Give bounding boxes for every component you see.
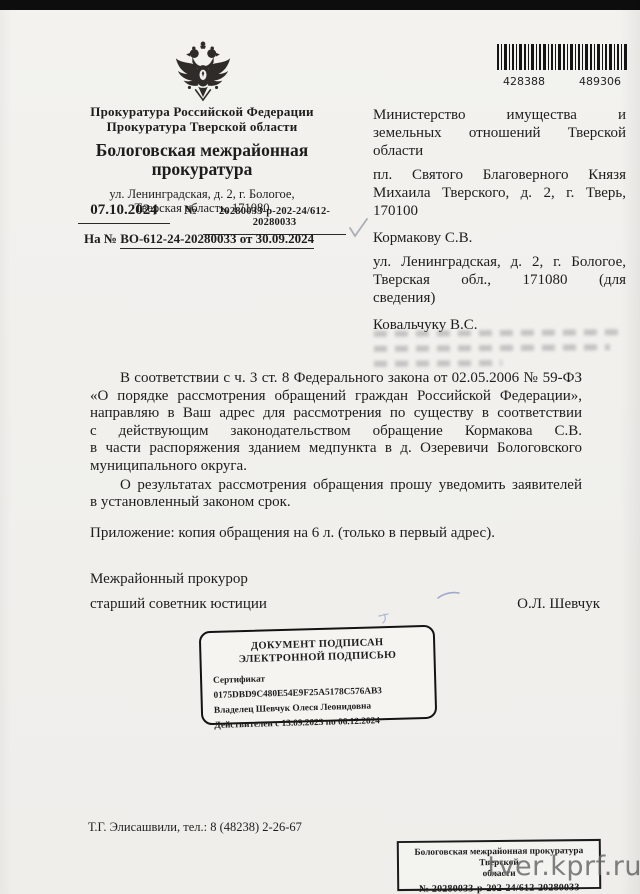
smudge-line [374,329,624,337]
org-name-line2: прокуратура [66,160,338,179]
reference-label: На № [84,231,120,246]
recipient-ministry-line: области [373,142,626,160]
pen-stroke-mark [379,614,388,623]
body-line: «О порядке рассмотрения обращений гражда… [90,388,582,406]
recipient-ministry-line: Министерство имущества и [373,106,626,124]
esign-details: Сертификат 0175DBD9C480E54E9F25A5178C576… [213,668,436,734]
esign-cert-value: 0175DBD9C480E54E9F25A5178C576AB3 [213,686,382,701]
org-parent-line2: Прокуратура Тверской области [66,119,338,134]
barcode-number-left: 428388 [503,75,545,88]
esign-owner-value: Шевчук Олеся Леонидовна [256,702,371,715]
esign-validity-label: Действителен с [214,719,281,731]
recipient-kormakov-name: Кормакову С.В. [373,229,626,247]
esign-owner-label: Владелец [214,705,256,716]
kormakov-address-line: Тверская обл., 171080 (для [373,271,626,289]
reference-row: На № ВО-612-24-20280033 от 30.09.2024 [84,231,364,247]
scan-edge-bar [0,0,640,10]
barcode-number-right: 489306 [579,75,621,88]
pen-stroke-mark [438,593,459,598]
spacer [373,307,626,316]
smudge-line [374,344,610,352]
recipients-block: Министерство имущества и земельных отнош… [373,106,626,334]
attachment-line: Приложение: копия обращения на 6 л. (тол… [90,525,590,542]
registration-barcode: 428388 489306 [497,44,627,88]
electronic-signature-stamp: ДОКУМЕНТ ПОДПИСАН ЭЛЕКТРОННОЙ ПОДПИСЬЮ С… [199,625,438,726]
body-line: муниципального округа. [90,458,582,476]
letter-body: В соответствии с ч. 3 ст. 8 Федерального… [90,370,582,512]
body-line: направляю в Ваш адрес для рассмотрения п… [90,405,582,423]
redacted-address-smudge [374,329,626,376]
spacer [373,220,626,229]
esign-validity-value: 13.09.2023 по 06.12.2024 [281,716,380,729]
kormakov-address-line: сведения) [373,289,626,307]
signer-post-line1: Межрайонный прокурор [90,571,248,588]
ministry-address-line: Михаила Тверского, д. 2, г. Тверь, [373,184,626,202]
smudge-line [374,360,502,367]
org-address-line1: ул. Ленинградская, д. 2, г. Бологое, [66,187,338,201]
site-watermark: tver.kprf.ru [487,851,640,882]
barcode-numbers: 428388 489306 [497,75,627,88]
recipient-ministry-line: земельных отношений Тверской [373,124,626,142]
org-name-line1: Бологовская межрайонная [66,141,338,160]
esign-cert-label: Сертификат [213,674,265,685]
org-parent-line1: Прокуратура Российской Федерации [66,104,338,119]
corner-stamp-number: № 20280033-р-202-24/612-20280033 [399,882,599,894]
signer-post-line2: старший советник юстиции [90,596,267,613]
kormakov-address-line: ул. Ленинградская, д. 2, г. Бологое, [373,253,626,271]
body-line: в части распоряжения зданием медпункта в… [90,440,582,458]
executor-contact: Т.Г. Элисашвили, тел.: 8 (48238) 2-26-67 [88,820,302,835]
body-line: В соответствии с ч. 3 ст. 8 Федерального… [90,370,582,388]
barcode-bars [497,44,627,72]
body-line: О результатах рассмотрения обращения про… [90,477,582,495]
ministry-address-line: 170100 [373,202,626,220]
letterhead: Прокуратура Российской Федерации Прокура… [66,104,338,215]
body-line: с действующим законодательством обращени… [90,423,582,441]
esign-title: ДОКУМЕНТ ПОДПИСАН ЭЛЕКТРОННОЙ ПОДПИСЬЮ [201,636,434,667]
ministry-address-line: пл. Святого Благоверного Князя [373,166,626,184]
reference-value: ВО-612-24-20280033 от 30.09.2024 [120,231,314,249]
letter-date: 07.10.2024 [78,202,170,224]
scanned-letter-page: Прокуратура Российской Федерации Прокура… [0,0,640,894]
number-sign: № [184,202,197,218]
body-line: в установленный законом срок. [90,494,582,512]
russia-coat-of-arms-emblem [172,36,234,104]
signer-name: О.Л. Шевчук [470,596,600,613]
